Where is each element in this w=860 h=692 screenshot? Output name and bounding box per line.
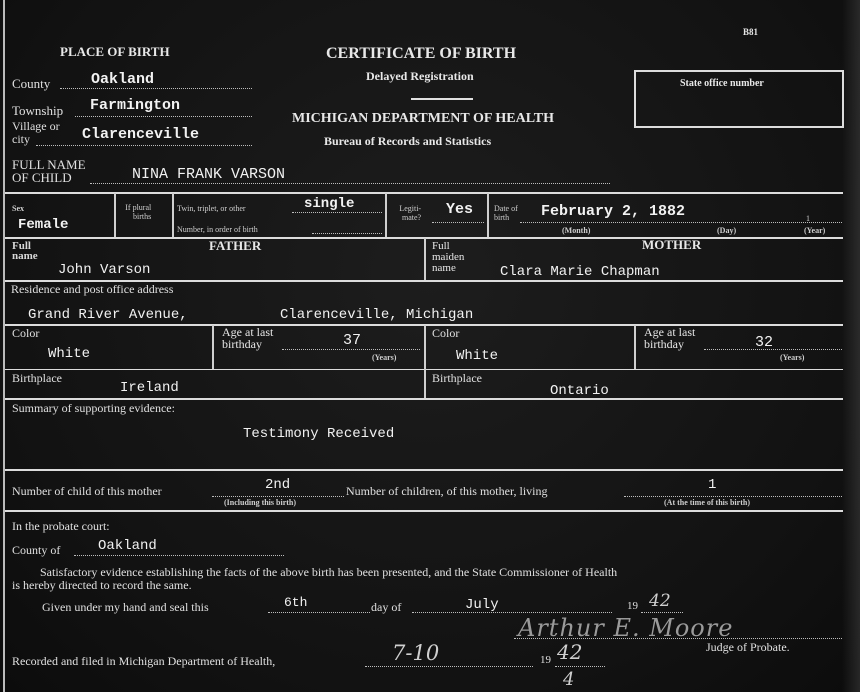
sex-value: Female (18, 217, 68, 233)
divider-plural (172, 193, 174, 237)
order-label: Number, in order of birth (177, 225, 258, 234)
judge-of-probate-label: Judge of Probate. (706, 640, 790, 655)
twin-line (292, 212, 382, 213)
children-living-value: 1 (708, 477, 716, 493)
legit-label-line2: mate? (394, 213, 421, 222)
dob-day-caption: (Day) (717, 226, 736, 235)
child-number-line (212, 496, 344, 497)
recorded-date-value: 7-10 (392, 641, 439, 665)
mother-name-label: Full maiden name (432, 241, 464, 274)
township-value: Farmington (90, 97, 180, 114)
rule-evidence (5, 398, 843, 400)
rule-top (5, 192, 843, 194)
legitimate-value: Yes (446, 201, 473, 218)
legit-line (432, 222, 484, 223)
department-name: MICHIGAN DEPARTMENT OF HEALTH (292, 111, 554, 127)
full-name-line (90, 183, 610, 184)
dob-label-line1: Date of (494, 204, 518, 213)
dob-line (520, 222, 842, 223)
recorded-date-line (365, 666, 533, 667)
probate-county-label: County of (12, 543, 60, 558)
child-number-label: Number of child of this mother (12, 484, 162, 499)
children-living-caption: (At the time of this birth) (664, 498, 750, 507)
mother-age-label: Age at last birthday (644, 326, 695, 350)
given-day-line (268, 612, 370, 613)
mother-maiden-name: Clara Marie Chapman (500, 264, 660, 280)
father-name-label-line2: name (12, 251, 38, 261)
father-color-label: Color (12, 326, 39, 341)
probate-statement-line2: is hereby directed to record the same. (12, 578, 192, 593)
village-value: Clarenceville (82, 126, 199, 143)
mother-name-label-line3: name (432, 263, 464, 274)
recorded-year-line (555, 666, 605, 667)
father-name-label: Full name (12, 241, 38, 261)
county-line (60, 88, 252, 89)
father-name: John Varson (58, 262, 150, 278)
child-number-caption: (Including this birth) (224, 498, 296, 507)
township-line (75, 116, 252, 117)
given-month-value: July (465, 597, 499, 613)
given-year-value: 42 (649, 591, 671, 611)
township-label: Township (12, 103, 63, 119)
legit-label-line1: Legiti- (394, 204, 421, 213)
day-of-label: day of (371, 600, 401, 615)
village-label: Village or city (12, 120, 60, 146)
plural-births-label: If plural births (121, 203, 151, 221)
given-day-value: 6th (284, 595, 307, 610)
given-year-prefix: 19 (627, 600, 638, 612)
recorded-year-value: 42 (557, 640, 582, 664)
father-birthplace-label: Birthplace (12, 371, 62, 386)
form-number: B81 (743, 27, 758, 37)
mother-age: 32 (755, 334, 773, 351)
divider-parents-lower (424, 325, 426, 398)
mother-color: White (456, 348, 498, 364)
given-under-label: Given under my hand and seal this (42, 600, 209, 615)
probate-county-value: Oakland (98, 538, 157, 554)
dob-year-caption: (Year) (804, 226, 825, 235)
dob-label: Date of birth (494, 204, 518, 222)
village-line (36, 145, 252, 146)
father-age: 37 (343, 332, 361, 349)
father-birthplace: Ireland (120, 380, 179, 396)
title-divider (411, 98, 473, 100)
father-color: White (48, 346, 90, 362)
residence-label: Residence and post office address (11, 282, 173, 297)
father-heading: FATHER (209, 238, 261, 254)
order-line (312, 233, 382, 234)
dob-month-caption: (Month) (562, 226, 590, 235)
mother-birthplace-label: Birthplace (432, 371, 482, 386)
given-year-line (641, 612, 683, 613)
county-value: Oakland (91, 71, 154, 88)
mother-birthplace: Ontario (550, 383, 609, 399)
father-age-label: Age at last birthday (222, 326, 273, 350)
certificate-title: CERTIFICATE OF BIRTH (326, 45, 516, 63)
full-name-label-line2: OF CHILD (12, 171, 86, 184)
mother-color-label: Color (432, 326, 459, 341)
divider-mother-age (634, 325, 636, 369)
signature-line (514, 638, 842, 639)
state-office-label: State office number (680, 78, 764, 89)
county-label: County (12, 76, 50, 92)
divider-twin (385, 193, 387, 237)
full-name-label: FULL NAME OF CHILD (12, 158, 86, 184)
child-number-value: 2nd (265, 477, 290, 493)
father-age-line (282, 349, 420, 350)
recorded-year-prefix: 19 (540, 654, 551, 666)
given-month-line (412, 612, 612, 613)
divider-parents (424, 238, 426, 280)
dob-label-line2: birth (494, 213, 518, 222)
residence-city: Clarenceville, Michigan (280, 307, 473, 323)
plural-label-line2: births (121, 212, 151, 221)
rule-probate (5, 510, 843, 512)
recorded-mark: 4 (563, 669, 574, 690)
mother-age-label-line2: birthday (644, 338, 695, 350)
divider-sex (114, 193, 116, 237)
child-full-name: NINA FRANK VARSON (132, 166, 285, 183)
state-office-number-box: State office number (634, 70, 844, 128)
twin-label: Twin, triplet, or other (177, 204, 246, 213)
rule-children (5, 469, 843, 471)
children-living-line (624, 496, 842, 497)
probate-county-line (74, 555, 284, 556)
mother-heading: MOTHER (642, 237, 701, 253)
dob-year-field: 1 (806, 214, 810, 223)
probate-court-label: In the probate court: (12, 519, 110, 534)
divider-father-age (212, 325, 214, 369)
evidence-label: Summary of supporting evidence: (12, 401, 175, 416)
legitimate-label: Legiti- mate? (394, 204, 421, 222)
birth-certificate: B81 PLACE OF BIRTH County Oakland Townsh… (0, 0, 860, 692)
certificate-subtitle: Delayed Registration (366, 69, 474, 84)
sex-label: Sex (12, 204, 24, 213)
evidence-value: Testimony Received (243, 426, 394, 442)
father-age-caption: (Years) (372, 353, 396, 362)
twin-value: single (304, 196, 354, 212)
residence-street: Grand River Avenue, (28, 307, 188, 323)
mother-age-caption: (Years) (780, 353, 804, 362)
dob-value: February 2, 1882 (541, 203, 685, 220)
recorded-label: Recorded and filed in Michigan Departmen… (12, 654, 275, 669)
divider-legit (487, 193, 489, 237)
page-border (3, 0, 5, 692)
place-of-birth-heading: PLACE OF BIRTH (60, 44, 170, 60)
bureau-name: Bureau of Records and Statistics (324, 134, 491, 149)
plural-label-line1: If plural (121, 203, 151, 212)
children-living-label: Number of children, of this mother, livi… (346, 484, 547, 499)
page-edge-shadow (842, 0, 860, 692)
father-age-label-line2: birthday (222, 338, 273, 350)
